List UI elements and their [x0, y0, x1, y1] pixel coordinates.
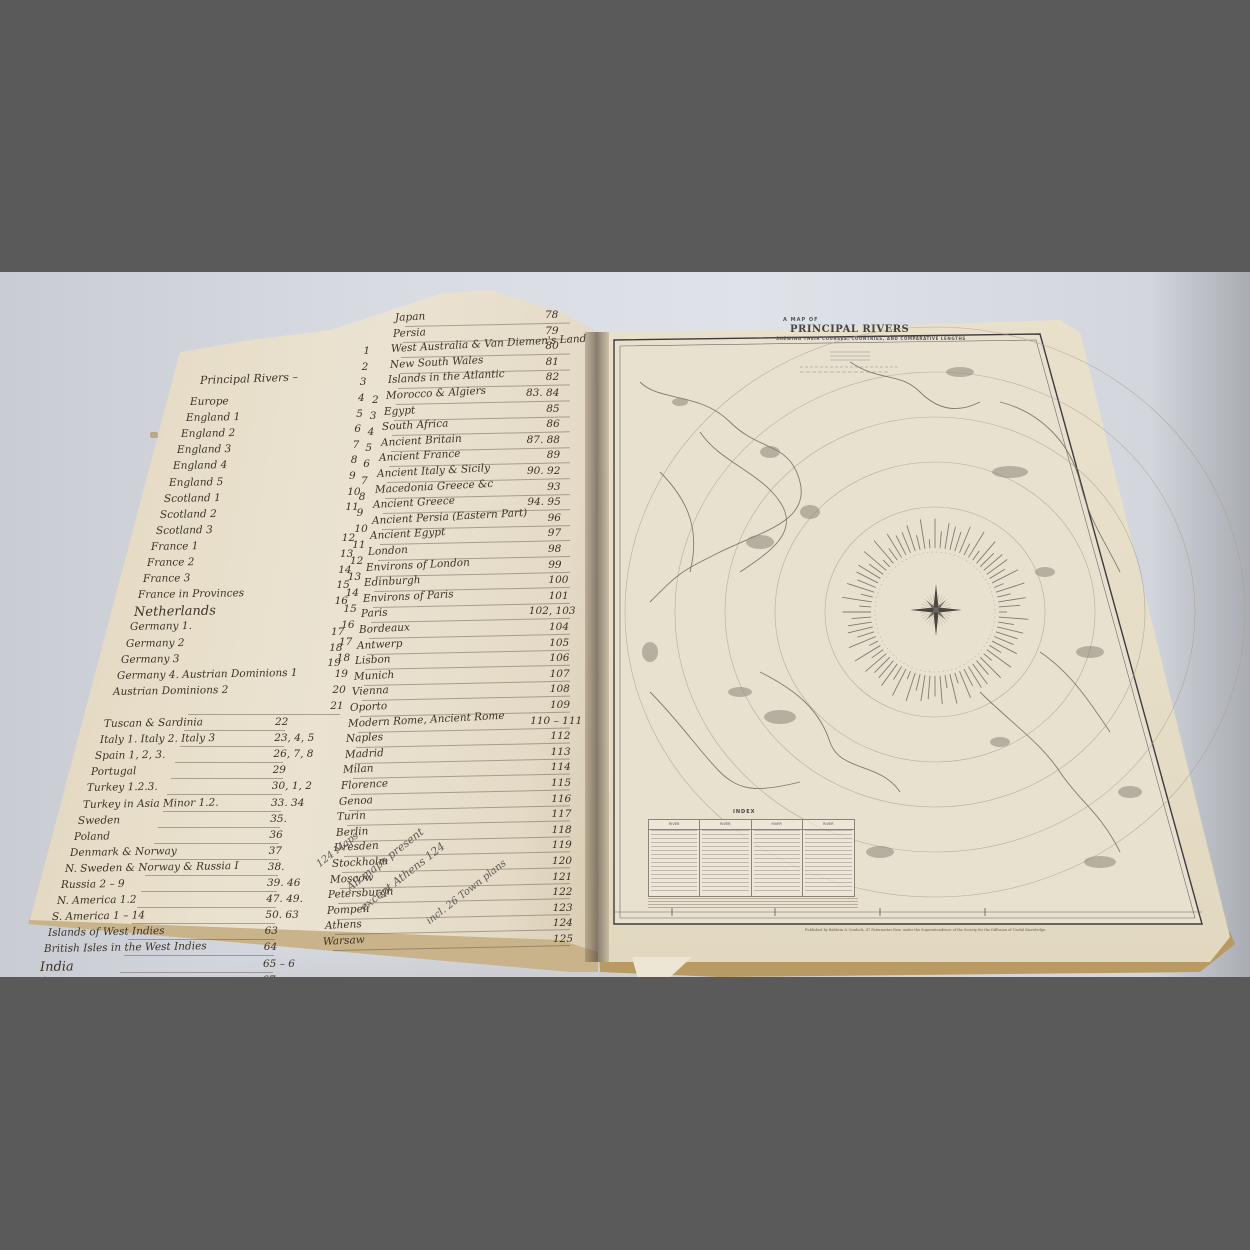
photo-background: Principal Rivers –Europe2England 13Engla… [0, 272, 1250, 977]
middle-list-number: 9 [349, 470, 356, 482]
left-list-page: 30, 1, 2 [272, 780, 312, 792]
middle-list-page: 118 [552, 824, 572, 836]
middle-list-entry: Munich [353, 669, 394, 683]
middle-list-page: 119 [552, 839, 572, 851]
middle-list-page: 94. 95 [527, 496, 560, 508]
left-list-entry: Netherlands [134, 604, 216, 620]
middle-list-number: 16 [335, 595, 348, 607]
left-list-page: 50. 63 [265, 909, 298, 921]
left-list-entry: Europe [190, 395, 229, 408]
middle-list-page: 115 [551, 777, 571, 789]
index-column: RIVER [700, 820, 751, 896]
middle-list-number: 8 [351, 454, 358, 466]
left-list-entry: France in Provinces [138, 587, 244, 601]
middle-list-page: 122 [552, 886, 572, 898]
left-list-entry: Austrian Dominions 2 [112, 684, 228, 698]
left-list-page: 35. [270, 813, 287, 825]
left-list-page: 2 [372, 394, 379, 406]
ruled-line [154, 843, 280, 844]
left-list-page: 63 [265, 925, 278, 937]
map-subtitle: SHEWING THEIR COURSES, COUNTRIES, AND CO… [776, 336, 966, 341]
middle-list-page: 78 [545, 309, 558, 321]
ruled-line [137, 907, 277, 908]
left-list-entry: Denmark & Norway [69, 845, 176, 859]
left-list-entry: Russia 2 – 9 [61, 878, 125, 891]
middle-list-page: 100 [548, 574, 568, 586]
ruled-line [184, 730, 285, 731]
ruled-line [163, 811, 282, 812]
middle-list-number: 5 [356, 408, 363, 420]
index-column: RIVER [803, 820, 854, 896]
middle-list-number: 17 [331, 626, 344, 638]
middle-list-number: 10 [347, 486, 360, 498]
middle-list-number: 13 [340, 548, 353, 560]
ruled-line [120, 972, 274, 973]
middle-list-page: 89 [547, 449, 560, 461]
left-list-entry: England 4 [173, 459, 227, 472]
middle-list-number: 4 [358, 392, 365, 404]
left-list-entry: France 1 [151, 540, 199, 553]
middle-list-number: 12 [342, 532, 355, 544]
left-list-entry: Scotland 3 [155, 524, 212, 537]
middle-list-number: 14 [338, 564, 351, 576]
left-list-page: 39. 46 [267, 877, 300, 889]
middle-list-number: 15 [336, 579, 349, 591]
middle-list-entry: Florence [341, 778, 389, 792]
middle-list-page: 101 [549, 590, 569, 602]
ruled-line [141, 891, 277, 892]
middle-list-entry: Paris [360, 607, 387, 620]
left-list-page: 19 [335, 668, 348, 680]
middle-list-entry: Warsaw [323, 934, 365, 948]
map-footnote [648, 898, 858, 908]
index-column: RIVER [649, 820, 700, 896]
middle-list-page: 104 [549, 621, 569, 633]
middle-list-page: 113 [551, 746, 571, 758]
left-list-page: 47. 49. [266, 893, 303, 905]
left-list-entry: Italy 1. Italy 2. Italy 3 [100, 732, 215, 746]
middle-list-number: 3 [360, 376, 367, 388]
left-list-entry: Islands of West Indies [48, 925, 165, 939]
middle-list-page: 121 [552, 871, 572, 883]
middle-list-page: 110 – 111 [530, 715, 582, 727]
left-list-entry: S. America 1 – 14 [52, 910, 145, 924]
middle-list-entry: Lisbon [355, 653, 391, 667]
left-list-entry: Portugal [91, 766, 137, 779]
middle-list-page: 98 [548, 543, 561, 555]
left-list-page: 67 [262, 974, 275, 977]
middle-list-page: 114 [551, 761, 571, 773]
middle-list-entry: Naples [346, 731, 384, 745]
index-table: RIVER RIVER RIVER RIVER [648, 819, 855, 897]
middle-list-page: 124 [553, 917, 573, 929]
left-list-entry: Scotland 1 [164, 492, 221, 505]
middle-list-page: 80 [545, 340, 558, 352]
left-list-page: 22 [275, 716, 288, 728]
ruled-line [145, 875, 278, 876]
left-list-page: 3 [370, 410, 377, 422]
middle-list-entry: Egypt [384, 404, 416, 418]
book-gutter [585, 332, 609, 962]
left-list-entry: Sweden [78, 814, 120, 827]
left-list-entry: Turkey in Asia Minor 1.2. [82, 796, 218, 810]
map-title: PRINCIPAL RIVERS [790, 324, 909, 335]
left-list-entry: France 2 [147, 556, 195, 569]
ruled-line [167, 794, 282, 795]
middle-list-page: 83. 84 [526, 387, 559, 399]
left-list-entry: France 3 [143, 572, 191, 585]
middle-list-entry: Oporto [350, 700, 388, 714]
left-list-entry: England 3 [177, 443, 231, 456]
middle-list-page: 112 [550, 730, 570, 742]
middle-list-page: 117 [551, 808, 571, 820]
middle-list-page: 105 [549, 637, 569, 649]
left-list-entry: N. America 1.2 [57, 894, 137, 907]
middle-list-page: 86 [546, 418, 559, 430]
left-list-entry: India [39, 959, 73, 975]
middle-list-entry: Athens [324, 918, 361, 932]
middle-list-entry: Milan [342, 763, 373, 777]
middle-list-page: 116 [551, 793, 571, 805]
middle-list-page: 109 [550, 699, 570, 711]
left-list-page: 10 [354, 523, 367, 535]
middle-list-entry: Madrid [344, 747, 383, 761]
left-list-entry: England 2 [181, 427, 235, 440]
middle-list-entry: Turin [337, 810, 366, 823]
middle-list-number: 18 [329, 642, 342, 654]
left-list-page: 29 [273, 764, 286, 776]
torn-page-flap [150, 432, 158, 438]
middle-list-page: 106 [549, 652, 569, 664]
middle-list-page: 123 [553, 902, 573, 914]
middle-list-page: 85 [546, 403, 559, 415]
ruled-line [132, 923, 275, 924]
middle-list-entry: Japan [395, 310, 426, 324]
left-list-entry: Turkey 1.2.3. [87, 781, 158, 794]
middle-list-entry: Persia [393, 326, 426, 340]
middle-list-page: 96 [548, 512, 561, 524]
middle-list-number: 1 [363, 345, 370, 357]
ruled-line [158, 827, 280, 828]
left-list-entry: Scotland 2 [160, 508, 217, 521]
left-list-page: 5 [365, 442, 372, 454]
middle-list-entry: Vienna [351, 684, 388, 698]
middle-list-entry: Antwerp [357, 637, 403, 651]
left-list-page: 65 – 6 [263, 958, 295, 970]
ruled-line [124, 955, 274, 956]
middle-list-page: 107 [550, 668, 570, 680]
left-list-entry: Germany 3 [121, 653, 180, 666]
middle-list-page: 93 [547, 481, 560, 493]
left-list-page: 23, 4, 5 [274, 732, 314, 744]
middle-list-page: 97 [548, 527, 561, 539]
middle-list-number: 6 [354, 423, 361, 435]
middle-list-entry: Genoa [339, 794, 374, 808]
middle-list-number: 2 [362, 361, 369, 373]
middle-list-number: 7 [353, 439, 360, 451]
middle-list-page: 125 [553, 933, 573, 945]
left-list-page: 20 [332, 684, 345, 696]
ruled-line [180, 746, 285, 747]
middle-list-page: 90. 92 [527, 465, 560, 477]
middle-list-number: 19 [327, 657, 340, 669]
ruled-line [175, 762, 283, 763]
left-list-page: 6 [363, 458, 370, 470]
middle-list-page: 82 [546, 371, 559, 383]
left-list-entry: Poland [74, 830, 110, 843]
left-list-entry: Germany 1. [130, 620, 192, 633]
left-list-entry: England 1 [186, 411, 240, 424]
middle-list-number: 11 [345, 501, 358, 513]
left-list-entry: Spain 1, 2, 3. [95, 749, 166, 762]
left-list-page: 21 [330, 700, 343, 712]
left-list-page: 26, 7, 8 [273, 748, 313, 760]
map-title-prefix: A MAP OF [783, 317, 819, 323]
ruled-line [188, 714, 340, 715]
left-list-page: 38. [268, 861, 285, 873]
left-list-entry: Tuscan & Sardinia [104, 716, 203, 730]
left-list-page: 37 [269, 845, 282, 857]
left-list-page: 64 [264, 941, 277, 953]
left-list-page: 33. 34 [271, 797, 304, 809]
left-list-page: 36 [269, 829, 282, 841]
middle-list-entry: London [368, 544, 408, 558]
index-column: RIVER [752, 820, 803, 896]
middle-list-page: 102, 103 [529, 605, 576, 617]
left-list-entry: Germany 2 [125, 636, 184, 649]
middle-list-page: 99 [548, 559, 561, 571]
middle-list-page: 120 [552, 855, 572, 867]
index-title: INDEX [733, 809, 755, 815]
middle-list-page: 108 [550, 683, 570, 695]
ruled-line [171, 778, 283, 779]
left-list-entry: England 5 [168, 476, 222, 489]
middle-list-page: 81 [546, 356, 559, 368]
left-list-page: 7 [361, 475, 368, 487]
left-list-page: 4 [368, 426, 375, 438]
middle-list-page: 87. 88 [527, 434, 560, 446]
publisher-line: Published by Baldwin & Cradock, 47 Pater… [805, 928, 1046, 932]
left-list-entry: China [35, 975, 66, 977]
